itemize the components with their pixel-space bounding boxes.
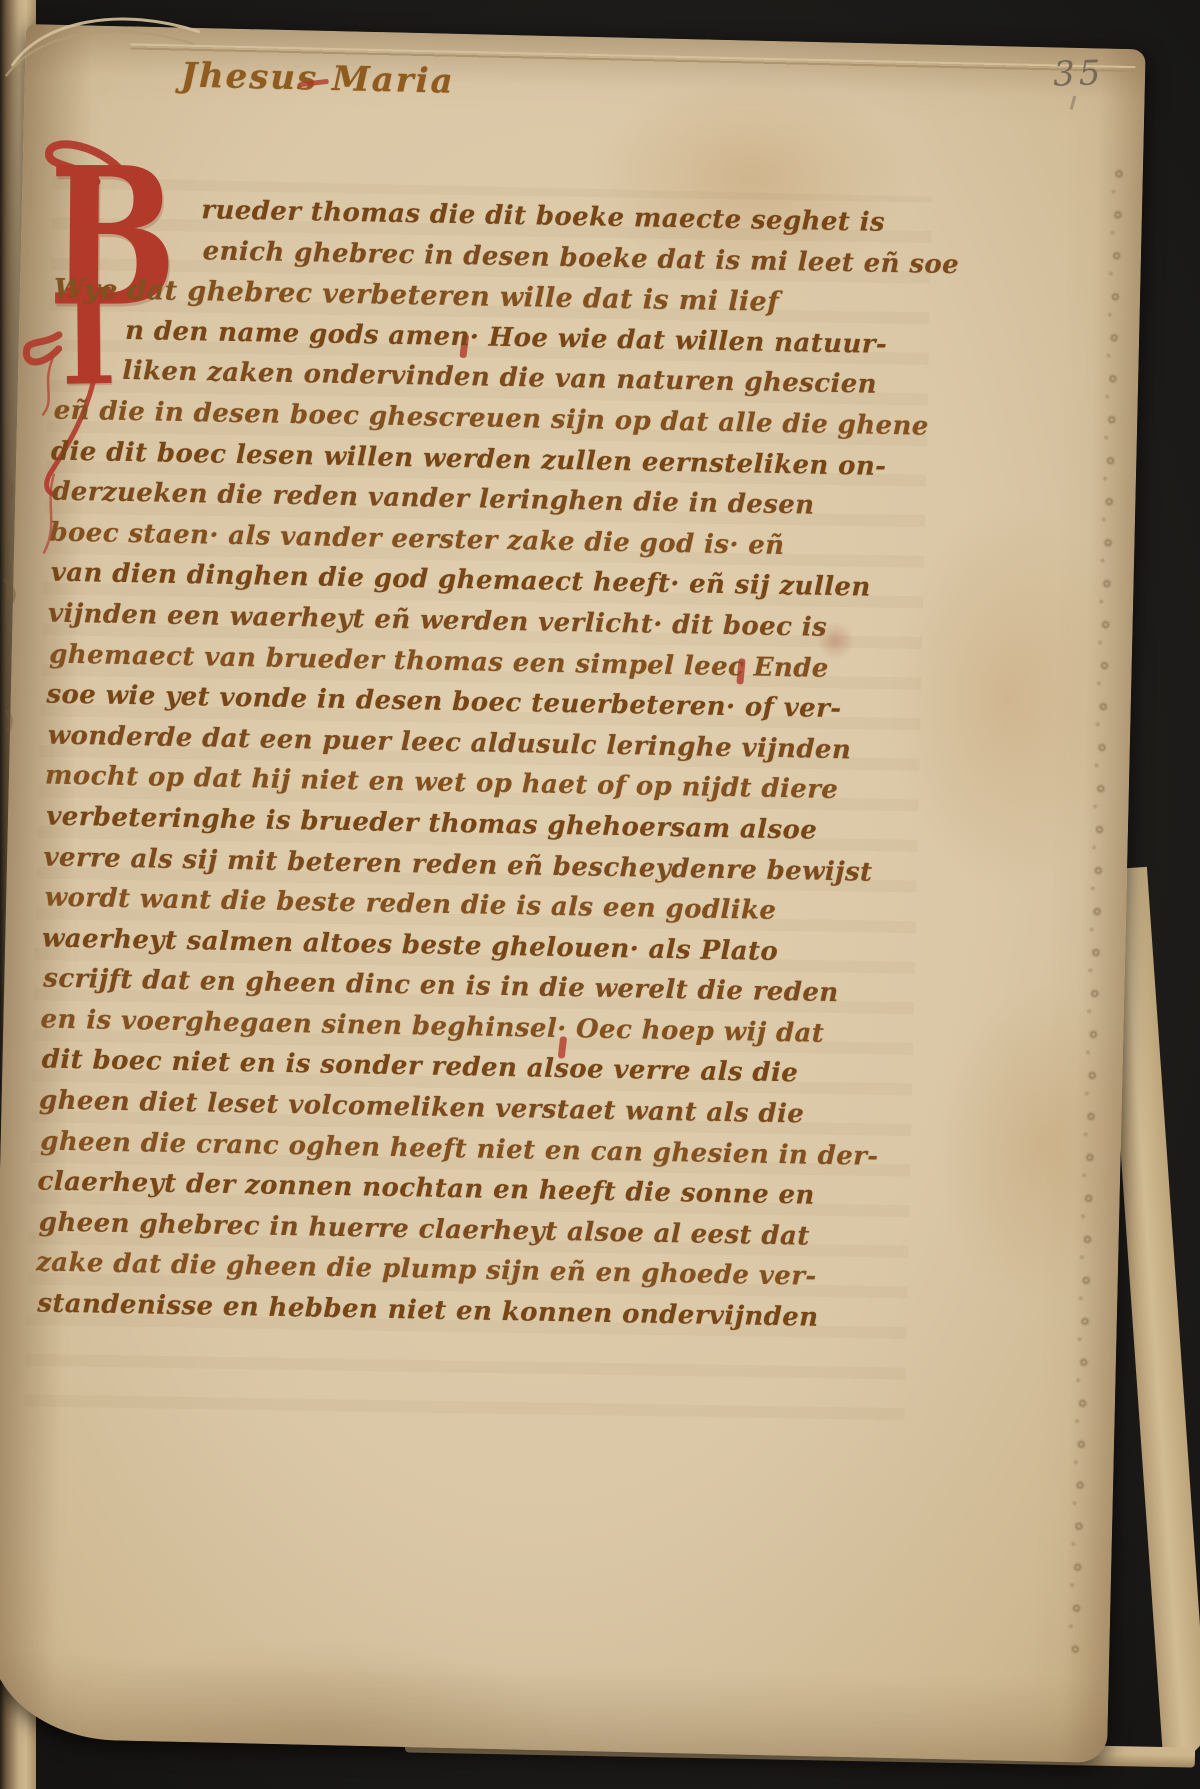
text-block: rueder thomas die dit boeke maecte seghe… (35, 193, 928, 1345)
prick-marks-column (1066, 165, 1128, 1660)
parchment-page: Jhesus Maria 35 B I rueder thomas die di… (0, 24, 1146, 1763)
manuscript-photo: Jhesus Maria 35 B I rueder thomas die di… (0, 0, 1200, 1789)
folio-number: 35 (1053, 53, 1105, 95)
page-curl-lines (0, 0, 230, 80)
folio-number-flourish (1070, 96, 1077, 110)
showthrough-fragments (0, 460, 32, 840)
